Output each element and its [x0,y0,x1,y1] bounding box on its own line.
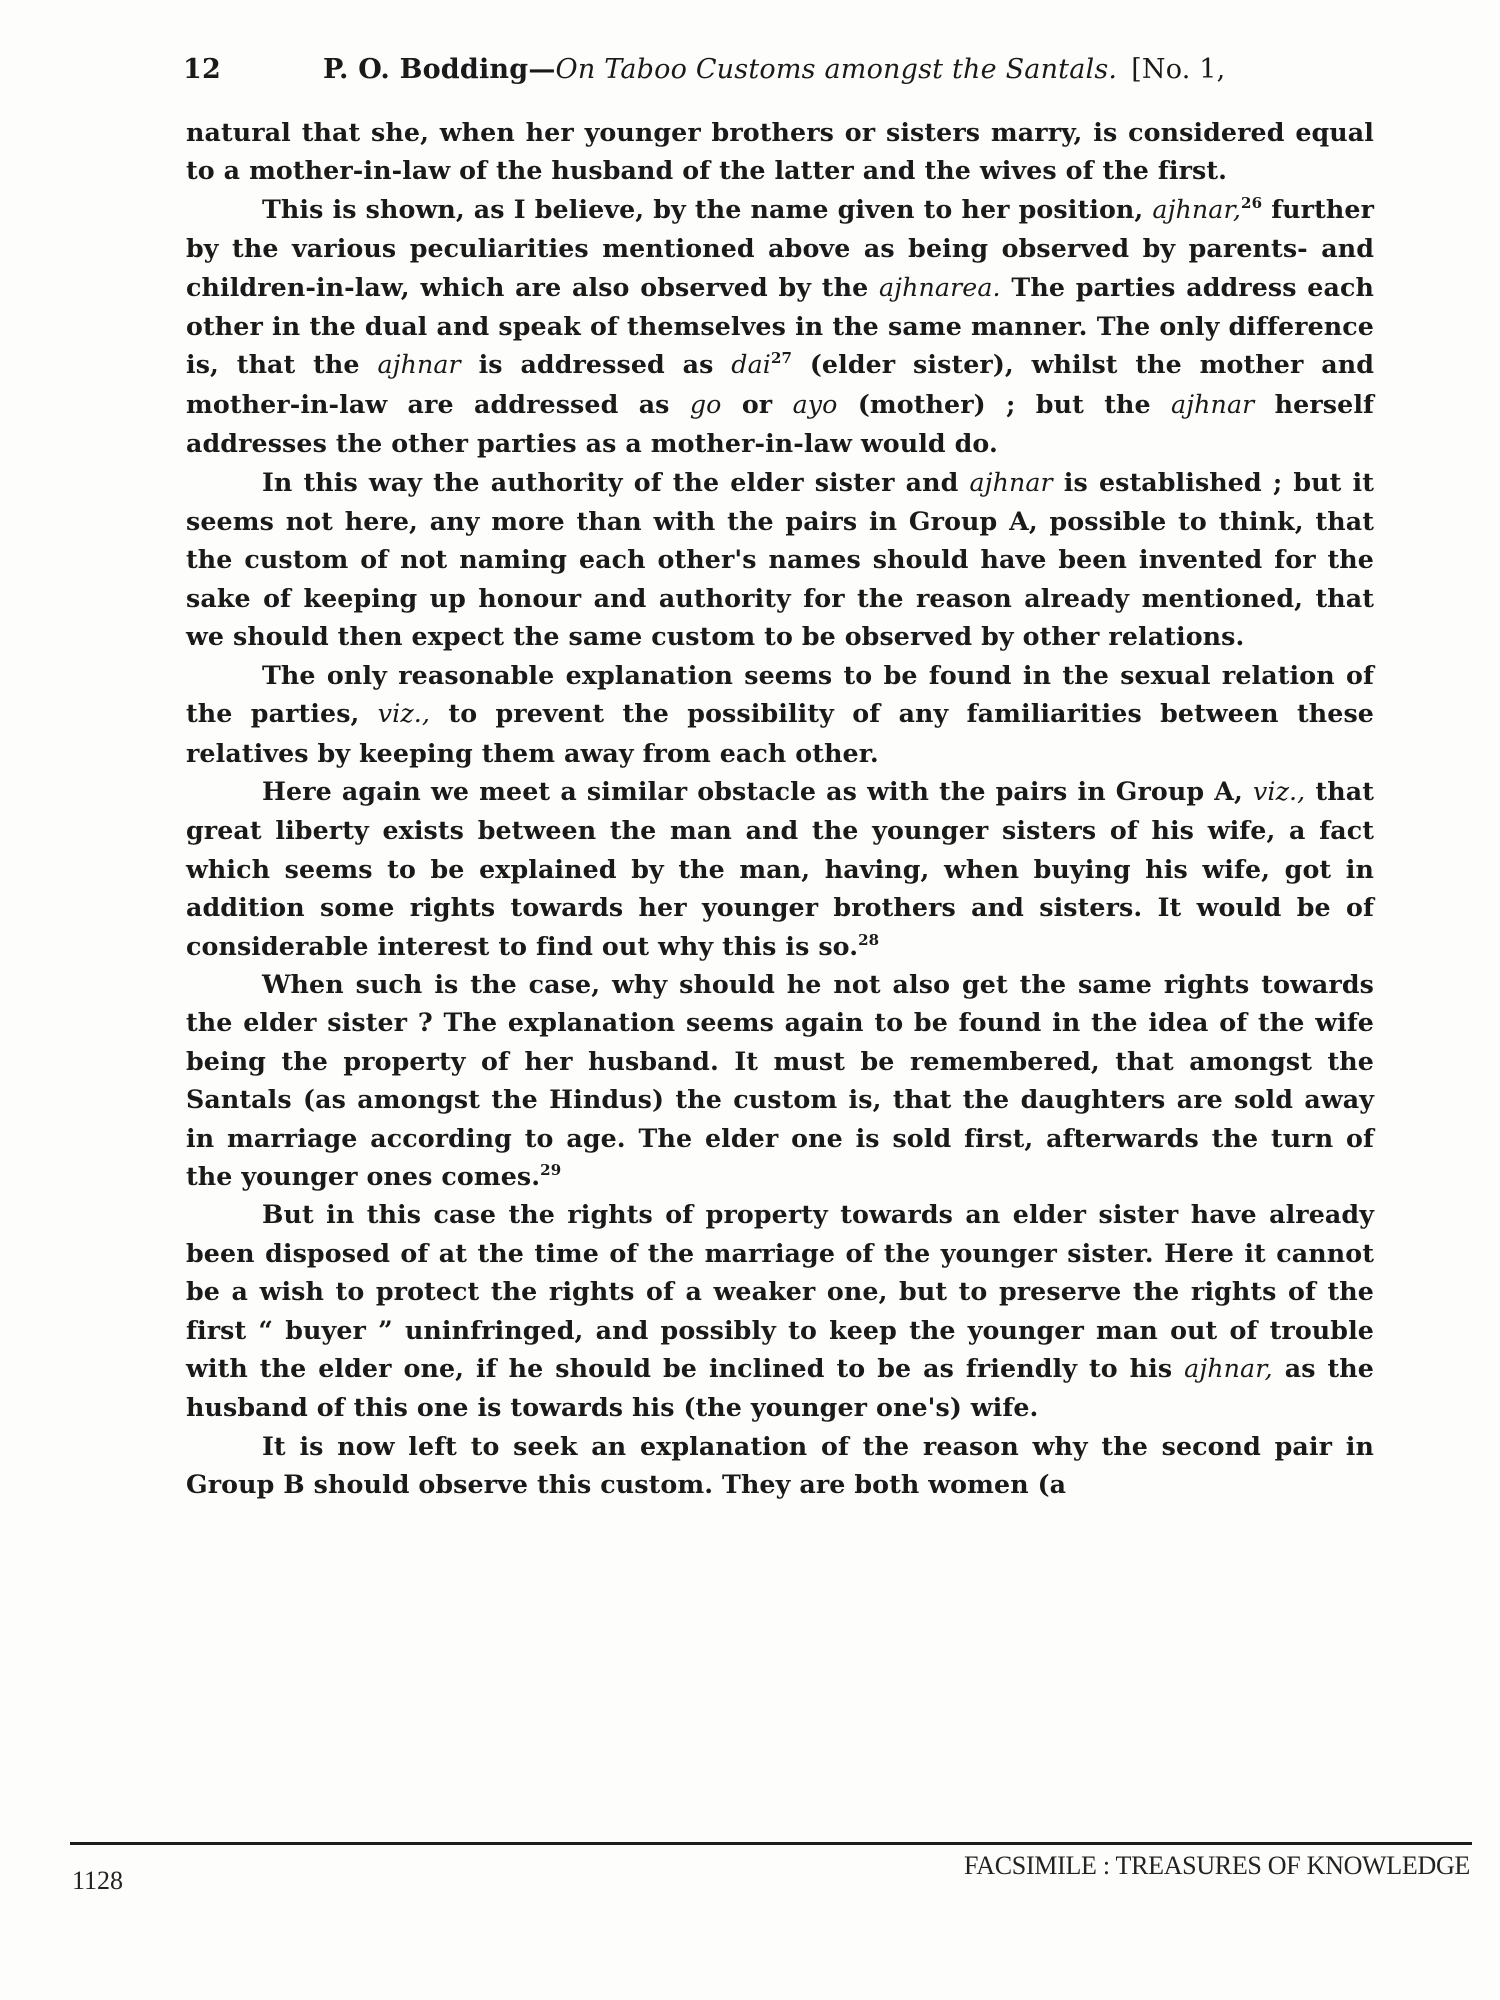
header-page-number: 12 [183,50,323,90]
paragraph: The only reasonable explanation seems to… [186,656,1374,772]
italic-term: go [690,390,722,419]
article-body: natural that she, when her younger broth… [186,113,1374,1504]
header-author: P. O. Bodding— [323,54,556,85]
italic-term: ajhnar, [1152,195,1241,224]
footnote-marker: 29 [540,1161,561,1179]
paragraph: natural that she, when her younger broth… [186,113,1374,190]
paragraph: In this way the authority of the elder s… [186,463,1374,656]
italic-term: ajhnar [1171,390,1254,419]
text-run: This is shown, as I believe, by the name… [262,194,1152,224]
running-head: 12P. O. Bodding—On Taboo Customs amongst… [183,50,1383,90]
document-page: 12P. O. Bodding—On Taboo Customs amongst… [0,0,1500,2000]
text-run: is addressed as [461,349,732,379]
text-run: It is now left to seek an explanation of… [186,1431,1374,1499]
italic-term: ajhnar, [1184,1354,1273,1383]
footnote-marker: 26 [1241,194,1262,212]
text-run: Here again we meet a similar obstacle as… [262,776,1253,806]
footer-publication-title: FACSIMILE : TREASURES OF KNOWLEDGE [964,1851,1470,1881]
italic-term: dai [731,350,771,379]
paragraph: This is shown, as I believe, by the name… [186,190,1374,463]
paragraph: When such is the case, why should he not… [186,965,1374,1195]
italic-term: viz., [1253,777,1305,806]
header-issue: [No. 1, [1131,54,1225,85]
text-run: (mother) ; but the [837,389,1171,419]
italic-term: ajhnarea. [879,273,1001,302]
text-run: natural that she, when her younger broth… [186,117,1374,185]
paragraph: It is now left to seek an explanation of… [186,1427,1374,1504]
paragraph: But in this case the rights of property … [186,1195,1374,1426]
italic-term: ayo [793,390,838,419]
paragraph: Here again we meet a similar obstacle as… [186,772,1374,965]
footer-divider [70,1842,1472,1845]
footer-page-number: 1128 [72,1866,123,1896]
italic-term: ajhnar [969,468,1052,497]
italic-term: ajhnar [377,350,460,379]
footnote-marker: 28 [858,931,879,949]
header-article-title: On Taboo Customs amongst the Santals. [556,54,1118,85]
italic-term: viz., [378,699,430,728]
text-run: In this way the authority of the elder s… [262,467,969,497]
footnote-marker: 27 [771,349,792,367]
text-run: or [722,389,793,419]
text-run: When such is the case, why should he not… [186,969,1374,1191]
